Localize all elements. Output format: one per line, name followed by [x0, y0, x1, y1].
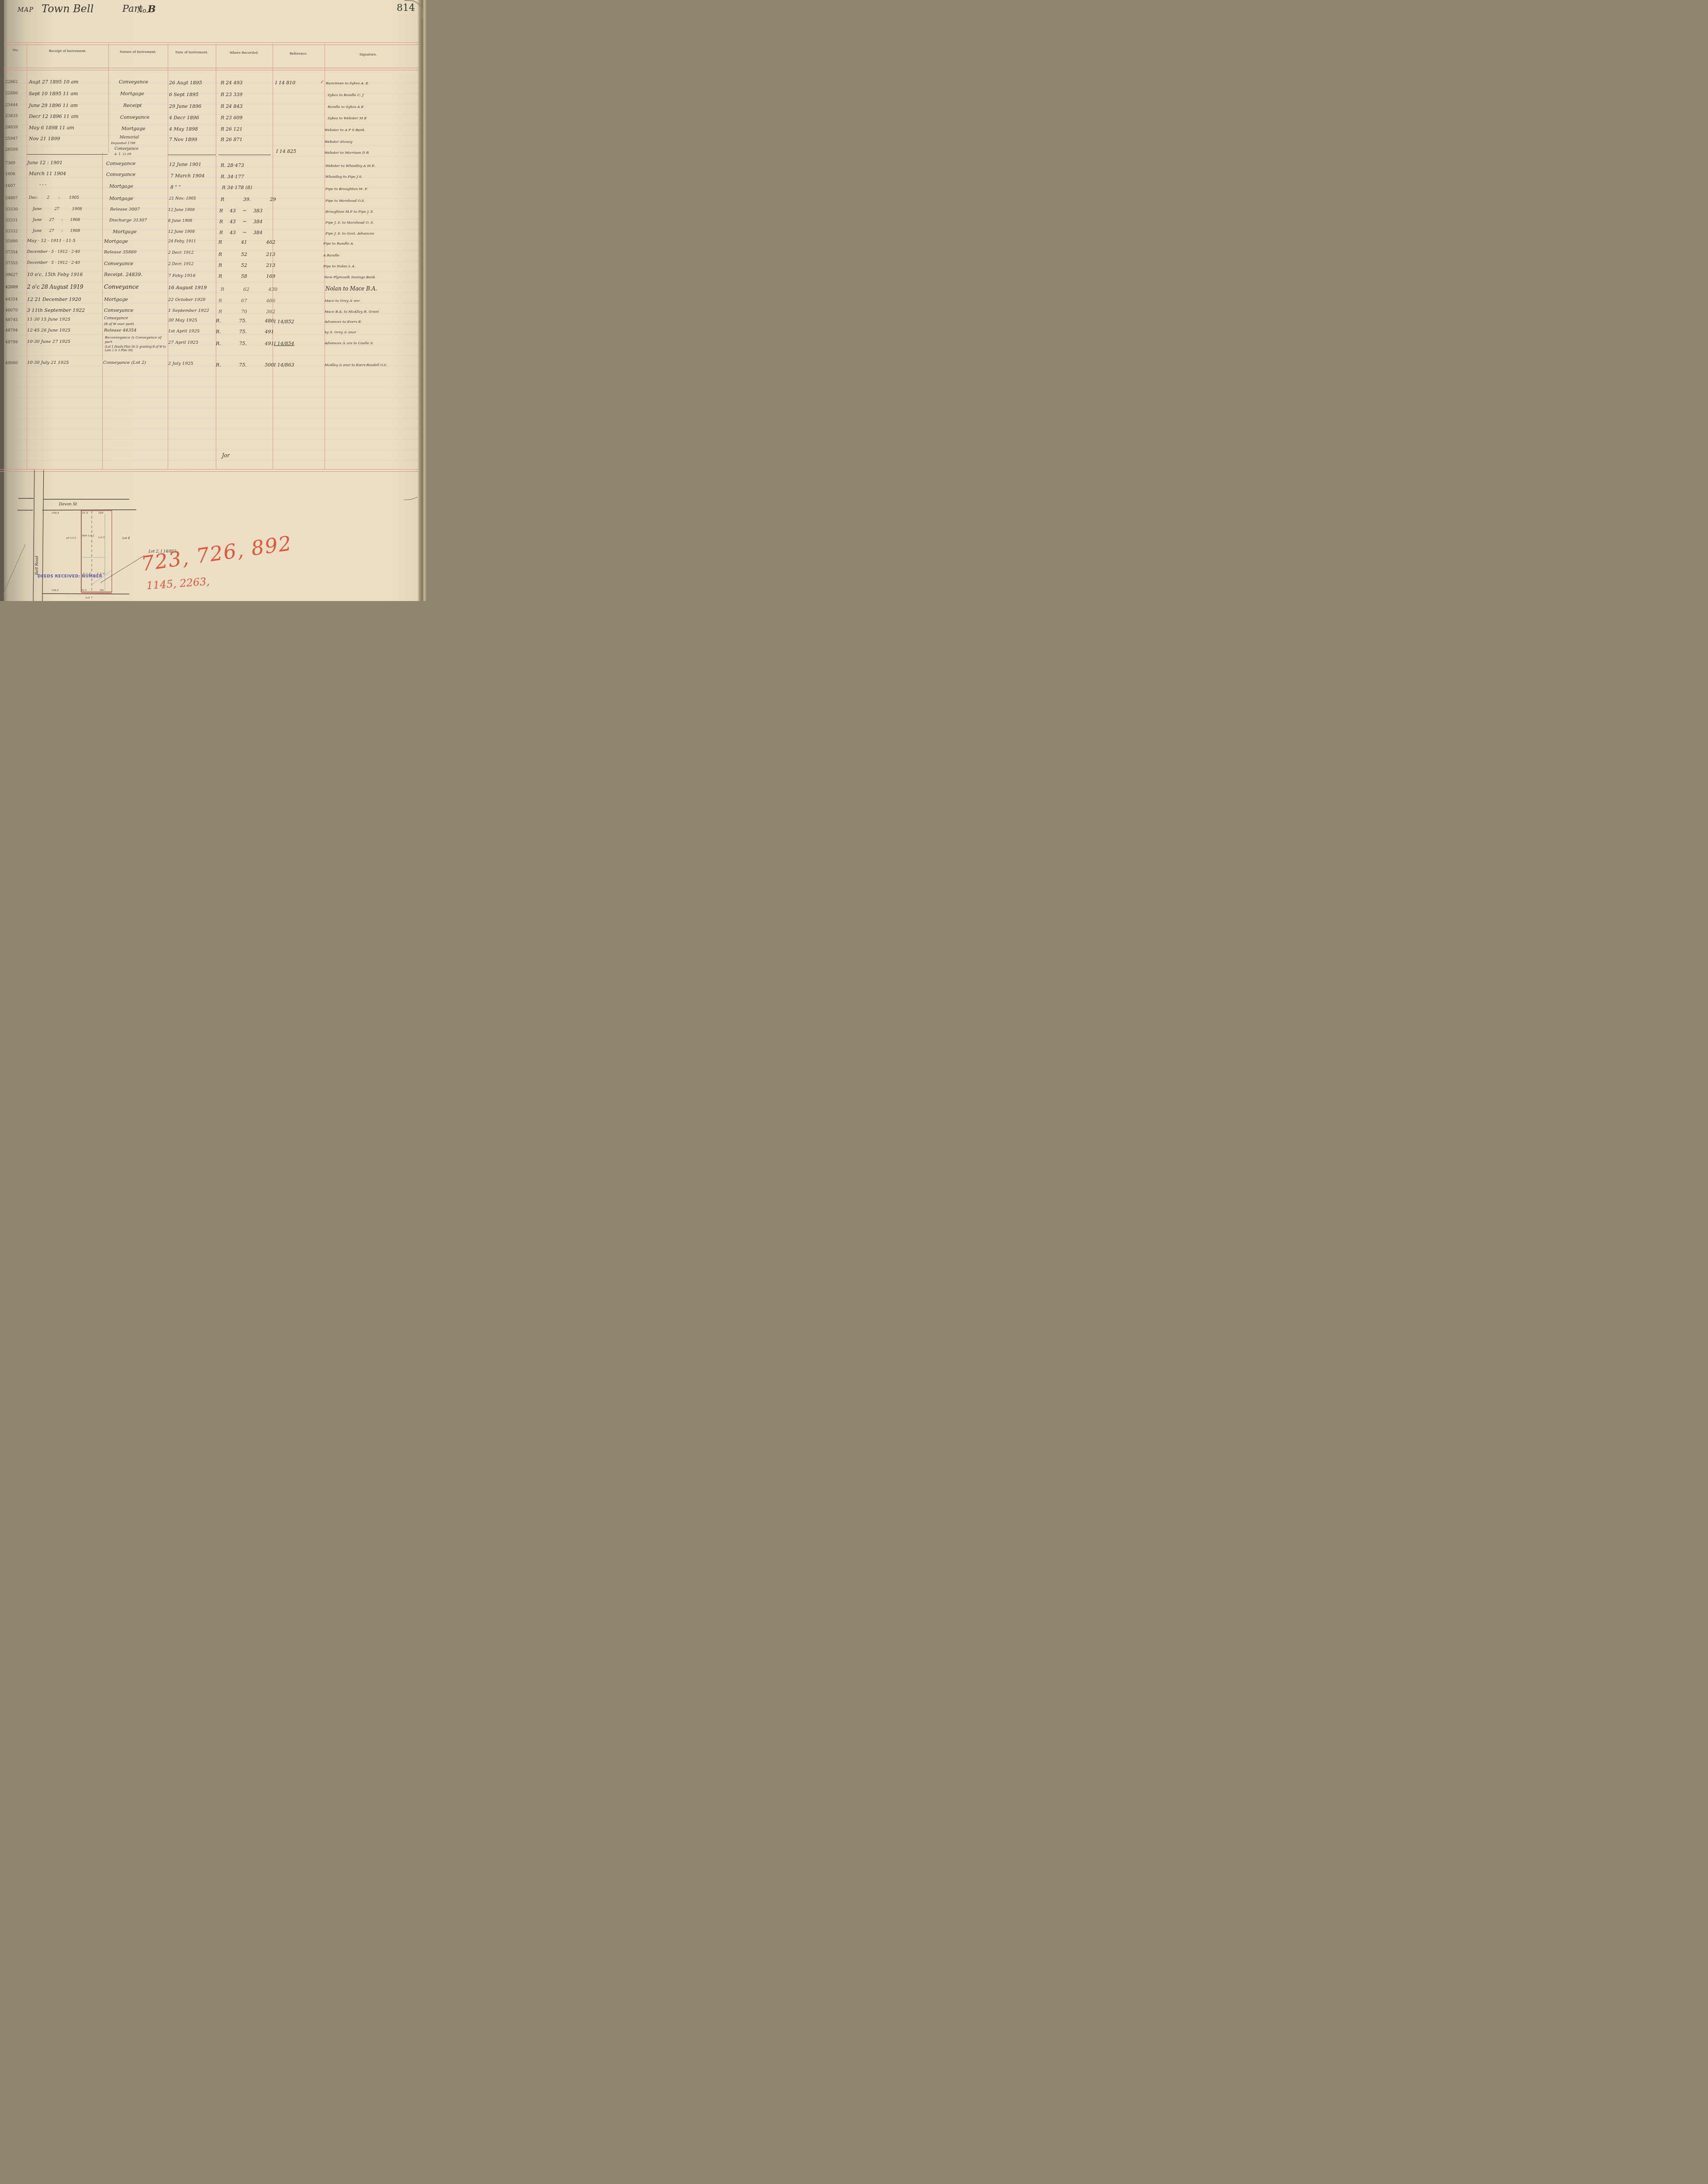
where-recorded: R 62 430: [221, 287, 277, 292]
signature: Pipe to Broughton M. F.: [325, 187, 368, 191]
where-recorded: R 52 213: [218, 263, 275, 268]
signature: Pipe to Rundle A.: [323, 242, 354, 245]
date: 8 " ": [170, 184, 181, 190]
col-header-date: Date of Instrument.: [168, 50, 216, 54]
nature: Mortgage: [120, 91, 144, 97]
lot-label-bottom: Lot 7: [86, 596, 93, 599]
signature: Webster to Morrison D R: [325, 151, 369, 155]
entry-no: 22880: [5, 91, 18, 96]
entry-no: 33332: [5, 229, 18, 234]
lot-label: Lot 4: [122, 536, 130, 540]
where-recorded: R 70 362: [218, 309, 275, 314]
ink-rule: [218, 155, 271, 155]
dim-right-bottom: 103: [100, 589, 104, 592]
where-recorded: R 26 121: [221, 126, 242, 132]
signature: Nolan to Mace B.A.: [325, 286, 377, 292]
nature: Conveyance: [106, 172, 135, 177]
col-divider: [102, 153, 103, 470]
col-header-receipt: Receipt of Instrument.: [27, 49, 108, 53]
nature-note: Deposited 1798: [111, 142, 135, 145]
nature: Release 35880: [104, 250, 137, 255]
signature: Runciman to Sykes A. E: [326, 81, 368, 85]
where-recorded: R 34·178 (8): [222, 185, 252, 190]
receipt: Nov 21 1899: [29, 136, 60, 142]
signature: Webster to Wheatley A M E.: [325, 164, 375, 168]
signature: Pipe to Nolan L A.: [323, 264, 356, 268]
date: 7 March 1904: [170, 173, 204, 179]
nature: Conveyance: [104, 316, 128, 321]
entry-no: 33331: [5, 218, 18, 223]
where-recorded: R 39. 29: [221, 197, 276, 202]
date: 7 Nov 1899: [169, 137, 197, 142]
date: 29 June 1896: [169, 104, 201, 109]
nature: Conveyance: [104, 308, 133, 313]
signature: Wheatley to Pipe J S.: [325, 175, 363, 179]
nature: Mortgage: [109, 196, 133, 201]
receipt: December · 5 · 1912 · 2·40: [27, 250, 80, 254]
nature: Mortgage: [121, 126, 145, 131]
receipt: 12 21 December 1920: [27, 297, 81, 302]
signature: A Rundle: [323, 253, 339, 257]
nature: Mortgage: [109, 183, 133, 189]
receipt: Decr 12 1896 11 am: [29, 114, 79, 119]
where-recorded: R 23 339: [221, 92, 242, 97]
entry-no: 33330: [5, 207, 18, 212]
where-recorded: R 67 466: [218, 298, 275, 304]
date: 1st April 1925: [168, 329, 200, 334]
entry-no: 22862: [5, 80, 18, 84]
entry-no: 37354: [5, 250, 18, 255]
receipt: December · 5 · 1912 · 2·40: [27, 261, 80, 265]
receipt: June 27 : 1908: [33, 229, 80, 233]
entry-no: 37355: [5, 261, 18, 266]
footer-note: Jor: [222, 453, 230, 459]
where-recorded: R 24 493: [221, 80, 242, 86]
where-recorded: R 43 ~ 383: [219, 208, 263, 214]
signature: Pipe to Morshead O.S.: [325, 199, 365, 203]
date: 6 June 1908: [168, 219, 192, 223]
receipt: Dec: 2 : 1905: [29, 196, 79, 200]
date: 22 October 1920: [168, 297, 205, 302]
nature: Release 3007: [110, 207, 140, 212]
nature: Mortgage: [113, 229, 137, 235]
date: 2 Decr. 1912: [168, 251, 194, 255]
date: 16 August 1919: [168, 285, 207, 290]
where-recorded: R 41 462: [218, 239, 275, 245]
reference: I 14 825: [276, 149, 296, 154]
receipt: June 29 1896 11 am: [29, 103, 78, 108]
receipt: 10·30 June 27 1925: [27, 339, 70, 344]
col-header-no: No.: [4, 48, 27, 52]
entry-no: 48799: [5, 340, 18, 345]
receipt: June 27 : 1908: [33, 218, 80, 222]
header-bottom-rule: [4, 68, 418, 70]
ink-rule: [168, 155, 216, 155]
col-header-reference: Reference.: [273, 52, 325, 55]
entry-no: 48794: [5, 328, 18, 333]
entry-no: 46070: [5, 308, 18, 313]
nature: Receipt: [123, 103, 142, 108]
ink-rule: [27, 154, 108, 155]
where-recorded: R. 75. 486: [216, 318, 274, 324]
signature: Advances to Evers E.: [325, 320, 362, 324]
nature: Mortgage: [104, 297, 128, 302]
reference: I 14 810: [275, 80, 295, 86]
col-divider: [27, 44, 27, 470]
receipt: 2 o'c 28 August 1919: [27, 284, 83, 290]
number-value: B: [148, 3, 156, 15]
reference: I 14/852: [274, 319, 294, 325]
lot-label: Part Lot 2: [82, 535, 94, 537]
signature: Broughton M.F to Pipe J. S.: [325, 210, 374, 214]
where-recorded: R. 34·177: [221, 174, 244, 180]
nature: Conveyance: [104, 261, 133, 266]
street-label-bell: Bell Road: [35, 556, 39, 575]
date: 1 September 1922: [168, 308, 209, 313]
entry-no: 25947: [5, 137, 18, 141]
dim-mid-top: 51.5: [82, 511, 88, 515]
entry-no: 1607: [5, 184, 15, 188]
receipt: 10·30 July 21 1925: [27, 360, 69, 365]
date: 2 July 1925: [168, 361, 193, 366]
nature: Mortgage: [104, 238, 128, 244]
signature: by S. Grey & anor: [325, 330, 356, 334]
town-name: Town Bell: [41, 3, 93, 15]
entry-no: 24807: [5, 196, 18, 200]
where-recorded: R. 75. 491: [216, 329, 274, 335]
nature: Conveyance: [120, 114, 149, 120]
entry-no: 39627: [5, 273, 18, 277]
entry-no: 44354: [5, 297, 18, 302]
receipt: May · 12 · 1911 · 11·5: [27, 238, 76, 243]
where-recorded: R 24 843: [221, 104, 242, 109]
reference: I 14/854: [274, 341, 294, 346]
date: 7 Feby 1916: [168, 273, 196, 278]
date: 4 Decr 1896: [169, 115, 199, 121]
signature: New Plymouth Savings Bank: [324, 275, 375, 279]
date: 2 Decr. 1912: [168, 262, 194, 266]
ledger-page: MAP Town Bell Part No. B 814 No. Receipt…: [0, 0, 427, 601]
where-recorded: R. 28·473: [221, 162, 244, 168]
lot-label: pt Lot 2: [66, 537, 76, 539]
date: 27 April 1925: [168, 340, 198, 345]
col-header-signature: Signature.: [325, 52, 412, 56]
where-recorded: R 52 213: [218, 252, 275, 257]
date: 26 Augt 1895: [169, 80, 202, 86]
nature: Reconveyance & Conveyance of part: [105, 335, 166, 344]
entry-no: 1606: [5, 172, 15, 176]
receipt: May 6 1898 11 am: [29, 125, 74, 131]
lot-label: Lot 3: [98, 536, 104, 539]
nature: Memorial: [120, 135, 139, 140]
entry-no: 35880: [5, 239, 18, 244]
nature: Conveyance: [114, 147, 138, 151]
signature: Webster to A P S Bank: [325, 128, 364, 132]
signature: Pipe J. S. to Morshead O. S.: [325, 221, 374, 225]
reference: I 14/863: [274, 362, 294, 368]
date: 24 Feby. 1911: [168, 239, 196, 244]
receipt: 11·30 15 June 1925: [27, 317, 70, 322]
entry-no: 23835: [5, 114, 18, 118]
col-header-where: Where Recorded.: [216, 51, 273, 55]
receipt: Augt 27 1895 10 am: [29, 79, 78, 85]
entry-no: 26509: [5, 148, 18, 152]
where-recorded: R 43 ~ 384: [219, 219, 263, 225]
dim-right-top: 103: [98, 511, 103, 515]
signature: Pipe J. S. to Govt. Advances: [325, 232, 374, 235]
where-recorded: R 58 169: [218, 273, 275, 279]
signature: Sykes to Webster M E: [328, 116, 366, 120]
nature: Receipt. 24839.: [104, 272, 142, 277]
lot-plan-sketch: Devon St Bell Road 154.5 51.5 103 pt Lot…: [0, 470, 427, 601]
nature: Conveyance: [119, 79, 148, 85]
date: 30 May 1925: [168, 318, 197, 323]
receipt: Sept 10 1895 11 am: [29, 91, 78, 97]
receipt: June 27 1908: [33, 207, 82, 211]
signature: Sykes to Rundle C. J: [328, 93, 363, 97]
dim-left-top: 154.5: [52, 511, 59, 515]
number-label: No.: [137, 7, 148, 14]
where-recorded: R. 75. 500: [216, 362, 274, 368]
col-divider: [216, 44, 216, 470]
entry-no: 23444: [5, 103, 18, 107]
nature: Release 44354: [104, 328, 137, 333]
deeds-received-stamp: DEEDS RECEIVED: NUMBER: [38, 574, 102, 579]
receipt: June 12 : 1901: [27, 160, 62, 166]
signature: Mace B.A. to McAlley R. Grant: [325, 310, 379, 314]
signature: Webster Stoney: [325, 140, 353, 144]
nature-note: (Lot 1 Deeds Plan 36 & granting R of W t…: [105, 345, 166, 352]
col-header-nature: Nature of Instrument.: [108, 50, 168, 54]
receipt: " " ": [39, 183, 46, 187]
col-divider: [168, 44, 168, 470]
street-label-devon: Devon St: [59, 502, 77, 507]
nature: Conveyance: [104, 284, 139, 290]
nature-note: A. 1. 22.09: [114, 152, 131, 156]
signature: Rundle to Sykes A E: [328, 105, 363, 109]
where-recorded: R 23 609: [221, 115, 242, 121]
receipt: 12·45 26 June 1925: [27, 328, 70, 333]
signature: Mace to Grey & anr.: [325, 299, 360, 303]
date: 12 June 1908: [168, 208, 195, 212]
map-drawing: [0, 470, 427, 601]
entry-no: 24839: [5, 125, 18, 130]
where-recorded: R. 75. 491: [216, 341, 274, 346]
dim-mid-bottom: 51.5: [82, 589, 86, 592]
nature: Conveyance: [106, 161, 135, 166]
signature: Advances & ors to Castle S.: [325, 341, 374, 345]
map-label: MAP: [17, 7, 34, 14]
receipt: 3 11th September 1922: [27, 308, 85, 313]
folio-number: 814: [397, 3, 415, 14]
col-divider: [108, 44, 109, 153]
dim-left-bottom: 154.5: [52, 589, 59, 592]
entry-no: 42009: [5, 285, 18, 290]
nature: Conveyance (Lot 2): [103, 360, 146, 365]
where-recorded: R 26 871: [221, 137, 242, 142]
nature-note: (R of W over part): [104, 322, 134, 326]
date: 4 May 1898: [169, 126, 198, 132]
nature: Discharge 31307: [109, 218, 147, 223]
date: 6 Sept 1895: [169, 92, 199, 97]
check-mark-icon: ✓: [320, 79, 324, 85]
date: 12 June 1908: [168, 230, 195, 234]
signature: McAlley & anor to Evers-Rundell O.S.: [325, 363, 387, 367]
receipt: 10 o'c. 15th Feby 1916: [27, 272, 83, 277]
receipt: March 11 1904: [29, 171, 66, 176]
header-top-rule: [4, 42, 418, 45]
entry-no: 7369: [5, 161, 15, 166]
where-recorded: R 43 ~ 384: [219, 230, 263, 235]
entry-no: 49980: [5, 361, 18, 366]
date: 21 Nov: 1905: [169, 197, 196, 201]
entry-no: 48745: [5, 318, 18, 322]
date: 12 June 1901: [169, 162, 201, 167]
